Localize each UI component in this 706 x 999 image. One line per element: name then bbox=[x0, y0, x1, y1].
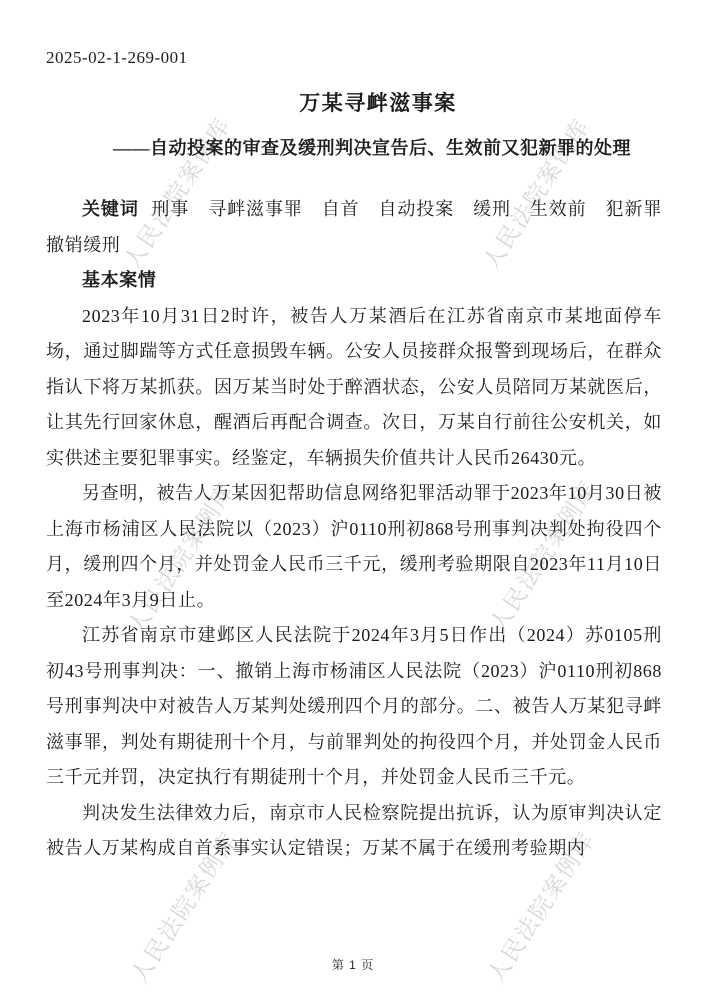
case-number: 2025-02-1-269-001 bbox=[46, 48, 188, 68]
page-subtitle: ——自动投案的审查及缓刑判决宣告后、生效前又犯新罪的处理 bbox=[46, 134, 662, 160]
paragraph: 江苏省南京市建邺区人民法院于2024年3月5日作出（2024）苏0105刑初43… bbox=[46, 618, 662, 796]
document-page: 人民法院案例库 人民法院案例库 人民法院案例库 人民法院案例库 人民法院案例库 … bbox=[0, 0, 706, 999]
page-title: 万某寻衅滋事案 bbox=[46, 87, 662, 117]
keywords-line: 关键词刑事 寻衅滋事罪 自首 自动投案 缓刑 生效前 犯新罪 撤销缓刑 bbox=[46, 192, 662, 263]
keywords-text: 刑事 寻衅滋事罪 自首 自动投案 缓刑 生效前 犯新罪 撤销缓刑 bbox=[46, 199, 681, 255]
paragraph: 另查明，被告人万某因犯帮助信息网络犯罪活动罪于2023年10月30日被上海市杨浦… bbox=[46, 476, 662, 618]
section-heading-basic-facts: 基本案情 bbox=[46, 263, 662, 299]
paragraph: 2023年10月31日2时许，被告人万某酒后在江苏省南京市某地面停车场，通过脚踹… bbox=[46, 299, 662, 477]
paragraph: 判决发生法律效力后，南京市人民检察院提出抗诉，认为原审判决认定被告人万某构成自首… bbox=[46, 796, 662, 867]
document-body: 关键词刑事 寻衅滋事罪 自首 自动投案 缓刑 生效前 犯新罪 撤销缓刑 基本案情… bbox=[46, 192, 662, 867]
keywords-label: 关键词 bbox=[82, 199, 139, 219]
page-number: 第 1 页 bbox=[0, 956, 706, 973]
